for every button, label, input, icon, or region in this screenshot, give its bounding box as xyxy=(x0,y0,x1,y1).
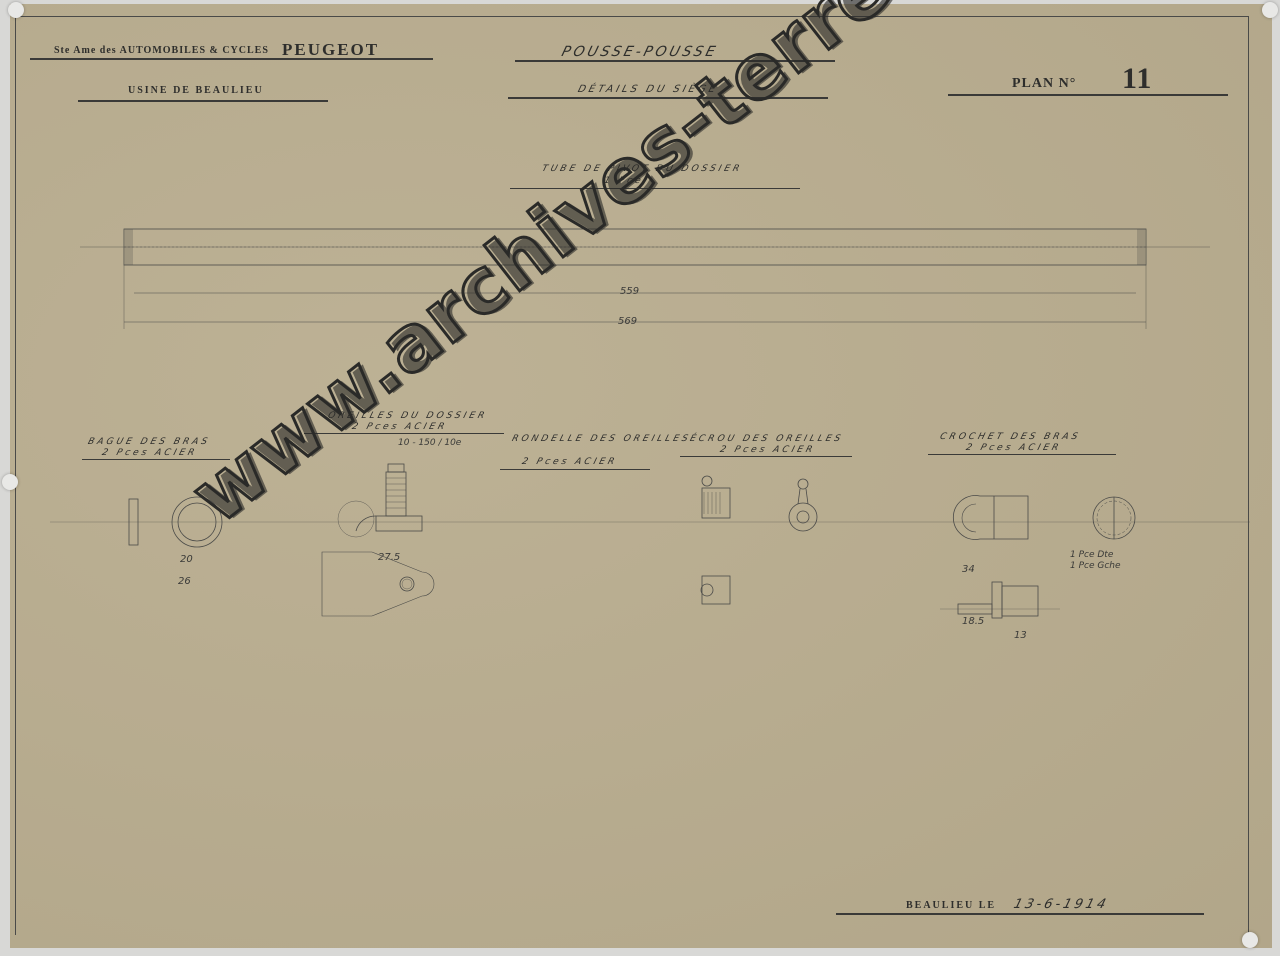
pin-bottom-right xyxy=(1242,932,1258,948)
pin-mid-left xyxy=(2,474,18,490)
pin-top-left xyxy=(8,2,24,18)
pin-top-right xyxy=(1262,2,1278,18)
